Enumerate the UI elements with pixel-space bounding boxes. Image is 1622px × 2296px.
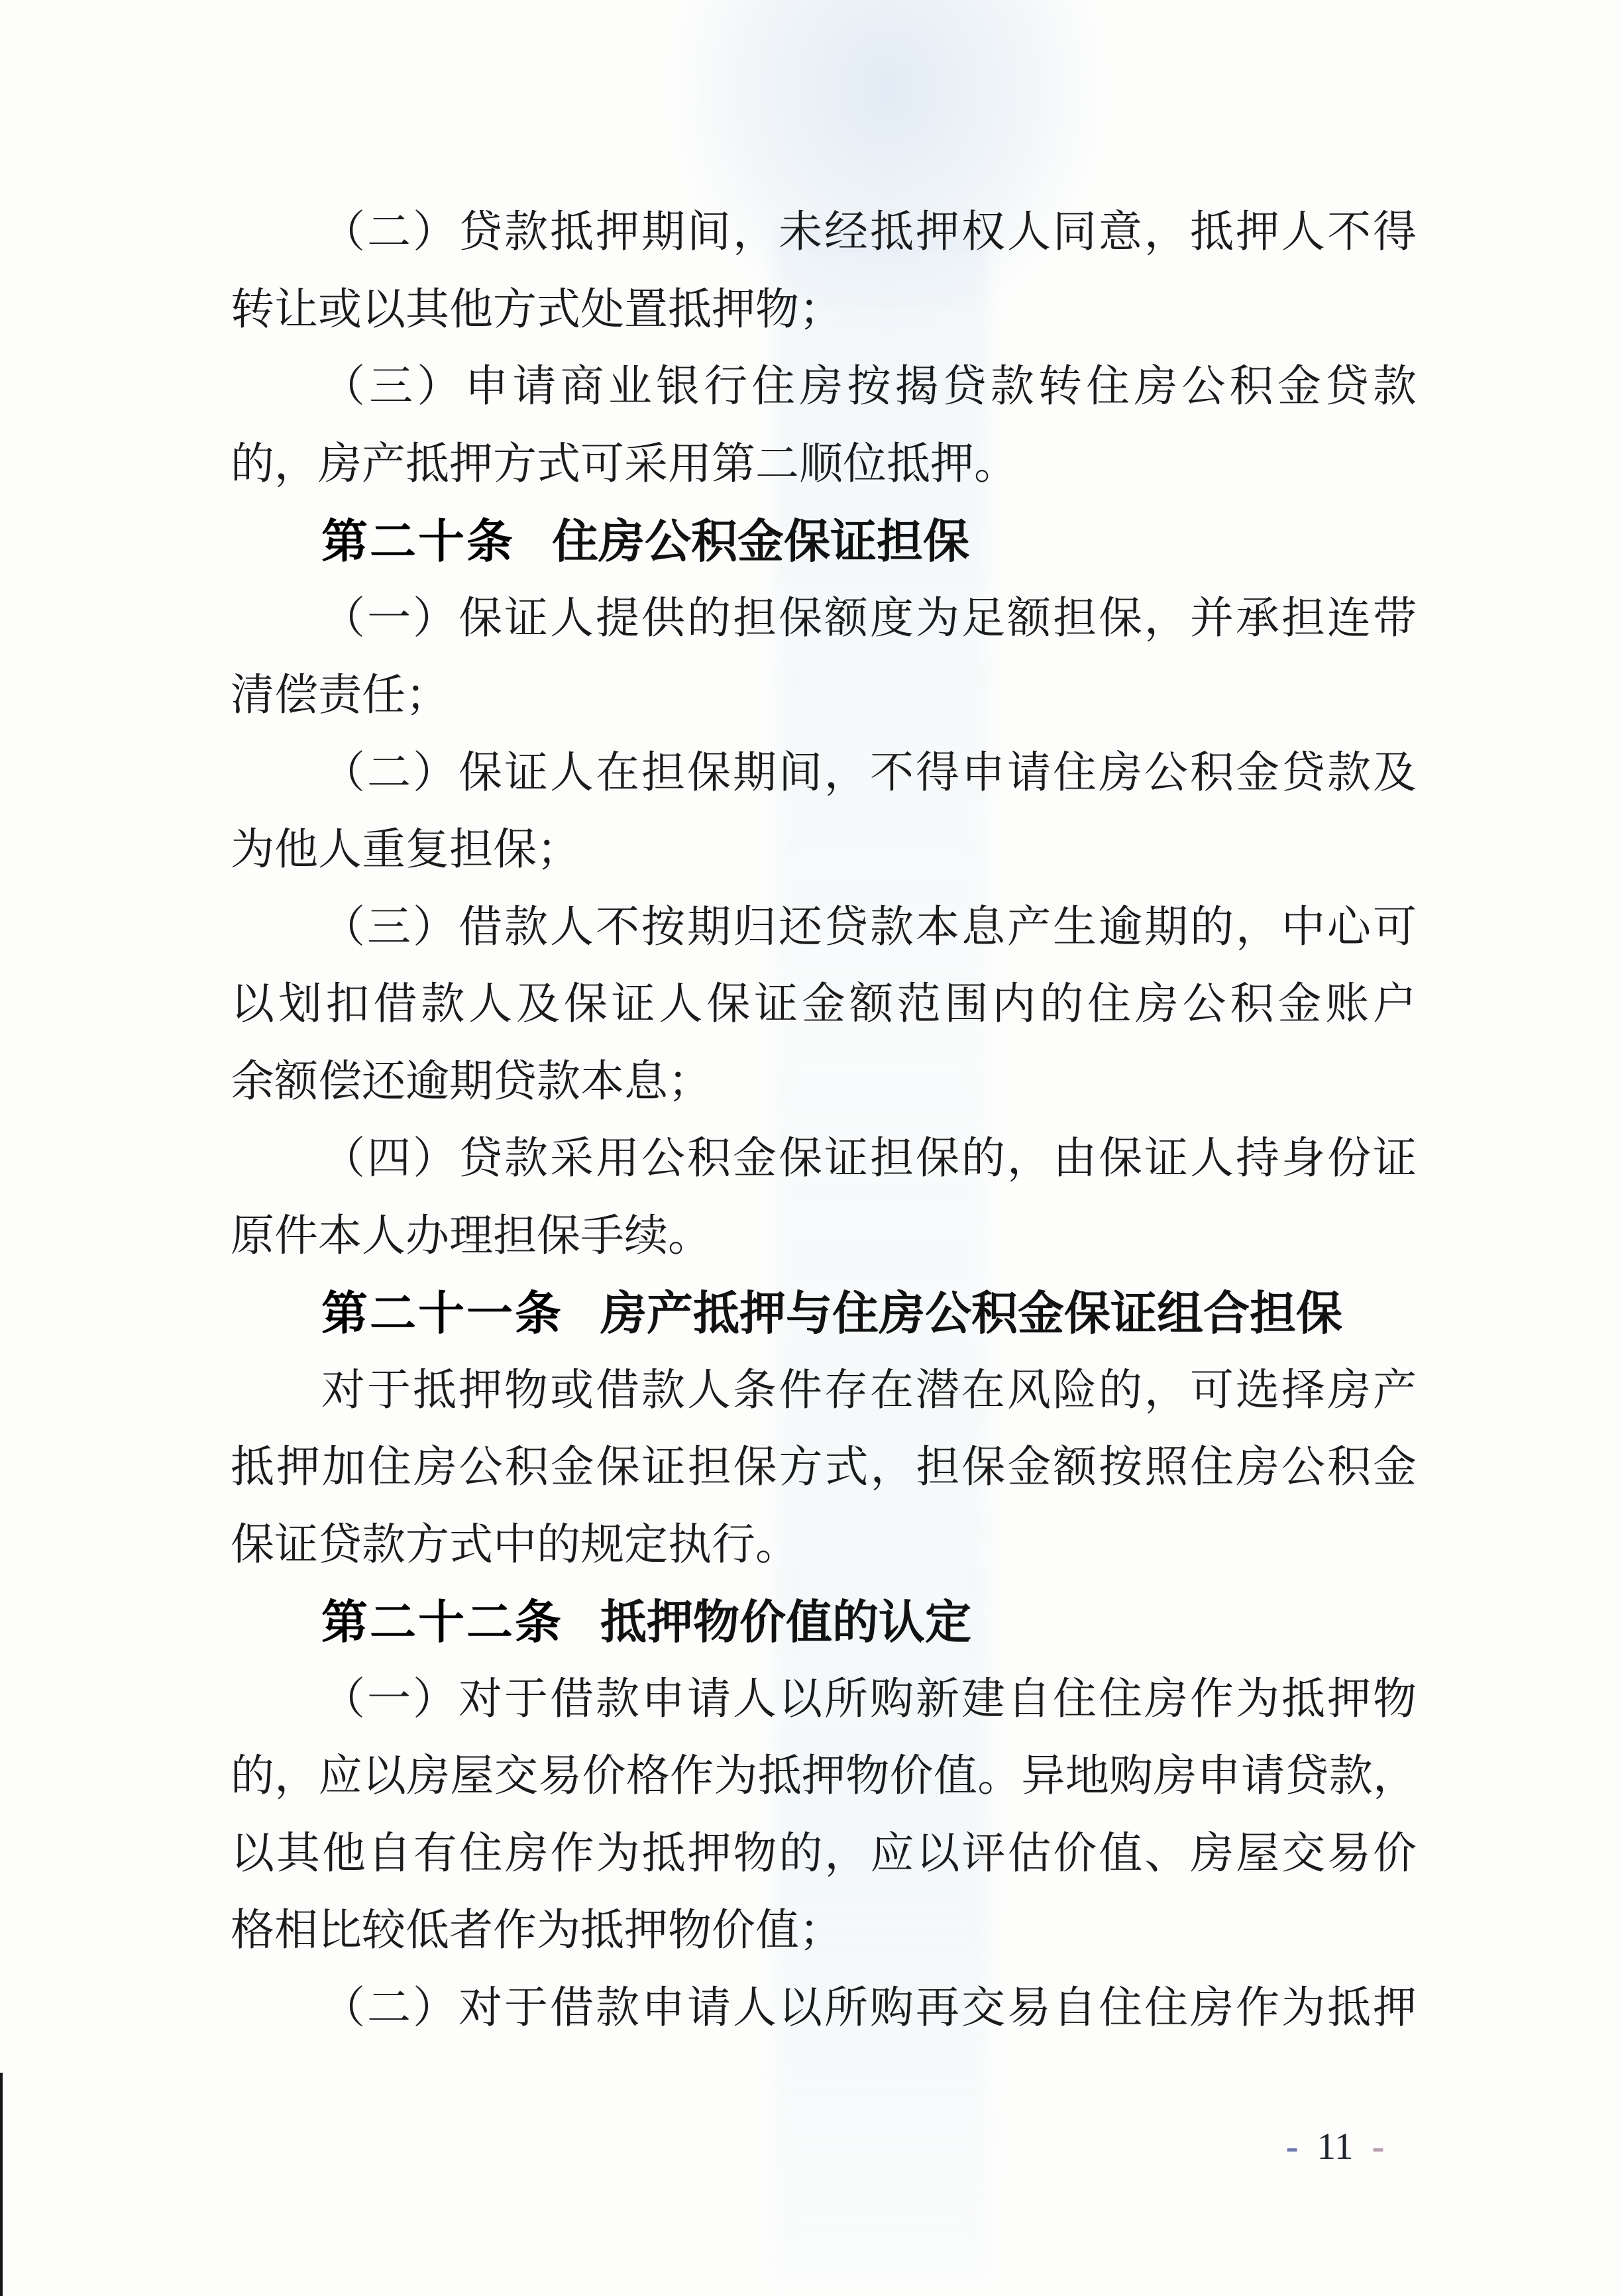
page-number-dash-left: -: [1286, 2123, 1299, 2171]
text-line: 清偿责任；: [231, 657, 1417, 735]
document-text-block: （二）贷款抵押期间，未经抵押权人同意，抵押人不得 转让或以其他方式处置抵押物； …: [231, 194, 1417, 2047]
text-line: 转让或以其他方式处置抵押物；: [231, 272, 1417, 349]
text-line: 以划扣借款人及保证人保证金额范围内的住房公积金账户: [231, 966, 1417, 1044]
text-line: 的，应以房屋交易价格作为抵押物价值。异地购房申请贷款，: [231, 1738, 1417, 1816]
text-line: 原件本人办理担保手续。: [231, 1198, 1417, 1276]
text-line: 以其他自有住房作为抵押物的，应以评估价值、房屋交易价: [231, 1816, 1417, 1893]
document-page: （二）贷款抵押期间，未经抵押权人同意，抵押人不得 转让或以其他方式处置抵押物； …: [0, 0, 1622, 2296]
article-22-heading: 第二十二条抵押物价值的认定: [231, 1584, 1417, 1661]
text-line: （二）贷款抵押期间，未经抵押权人同意，抵押人不得: [231, 194, 1417, 272]
text-line: （二）保证人在担保期间，不得申请住房公积金贷款及: [231, 735, 1417, 812]
text-line: （一）对于借款申请人以所购新建自住住房作为抵押物: [231, 1661, 1417, 1739]
page-number-dash-right: -: [1372, 2123, 1384, 2171]
article-number: 第二十一条: [321, 1287, 563, 1339]
text-line: （三）借款人不按期归还贷款本息产生逾期的，中心可: [231, 889, 1417, 967]
text-line: 保证贷款方式中的规定执行。: [231, 1507, 1417, 1584]
text-line: 余额偿还逾期贷款本息；: [231, 1044, 1417, 1121]
text-line: （三）申请商业银行住房按揭贷款转住房公积金贷款: [231, 349, 1417, 426]
article-number: 第二十二条: [321, 1596, 563, 1648]
scan-edge-artifact: [0, 2073, 3, 2296]
article-20-heading: 第二十条住房公积金保证担保: [231, 503, 1417, 580]
text-line: 格相比较低者作为抵押物价值；: [231, 1892, 1417, 1970]
page-number: - 11 -: [1262, 2123, 1408, 2171]
text-line: 为他人重复担保；: [231, 812, 1417, 889]
text-line: （四）贷款采用公积金保证担保的，由保证人持身份证: [231, 1121, 1417, 1198]
article-21-heading: 第二十一条房产抵押与住房公积金保证组合担保: [231, 1275, 1417, 1352]
article-number: 第二十条: [321, 516, 515, 567]
text-line: （一）保证人提供的担保额度为足额担保，并承担连带: [231, 580, 1417, 658]
text-line: 对于抵押物或借款人条件存在潜在风险的，可选择房产: [231, 1352, 1417, 1430]
text-line: 的，房产抵押方式可采用第二顺位抵押。: [231, 426, 1417, 504]
article-title: 房产抵押与住房公积金保证组合担保: [600, 1289, 1342, 1340]
text-line: （二）对于借款申请人以所购再交易自住住房作为抵押: [231, 1970, 1417, 2048]
page-number-value: 11: [1317, 2123, 1354, 2171]
article-title: 住房公积金保证担保: [552, 517, 969, 568]
article-title: 抵押物价值的认定: [600, 1598, 971, 1649]
text-line: 抵押加住房公积金保证担保方式，担保金额按照住房公积金: [231, 1429, 1417, 1507]
